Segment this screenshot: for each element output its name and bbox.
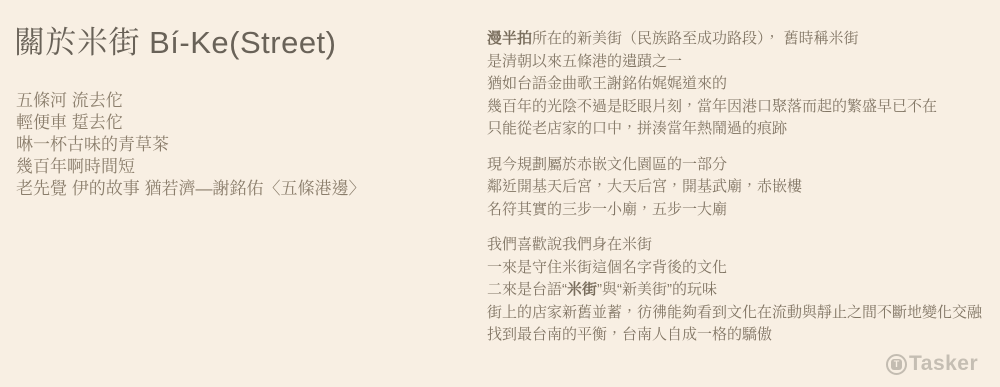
text-segment: 我們喜歡說我們身在米街 (487, 236, 652, 253)
paragraph-line: 街上的店家新舊並蓄，彷彿能夠看到文化在流動與靜止之間不斷地變化交融 (487, 302, 987, 325)
text-segment: ”與“新美街”的玩味 (597, 281, 717, 298)
text-segment: 找到最台南的平衡，台南人自成一格的驕傲 (487, 326, 772, 343)
watermark: T Tasker (886, 352, 978, 376)
paragraph-line: 漫半拍所在的新美街（民族路至成功路段）， 舊時稱米街 (487, 28, 987, 51)
poem-line: 老先覺 伊的故事 猶若濟—謝銘佑〈五條港邊〉 (16, 178, 456, 200)
paragraph-line: 一來是守住米街這個名字背後的文化 (487, 257, 987, 280)
text-segment: 名符其實的三步一小廟，五步一大廟 (487, 201, 727, 218)
left-column: 關於米街 Bí-Ke(Street) (14, 26, 454, 60)
paragraph-line: 我們喜歡說我們身在米街 (487, 234, 987, 257)
paragraph-line: 猶如台語金曲歌王謝銘佑娓娓道來的 (487, 73, 987, 96)
paragraph-line: 找到最台南的平衡，台南人自成一格的驕傲 (487, 324, 987, 347)
page-title: 關於米街 Bí-Ke(Street) (14, 26, 454, 60)
paragraph-line: 幾百年的光陰不過是眨眼片刻，當年因港口聚落而起的繁盛早已不在 (487, 96, 987, 119)
poem-line: 輕便車 踅去佗 (16, 112, 456, 134)
text-segment: 只能從老店家的口中，拼湊當年熱鬧過的痕跡 (487, 120, 787, 137)
paragraph-line: 名符其實的三步一小廟，五步一大廟 (487, 199, 987, 222)
paragraph-line: 二來是台語“米街”與“新美街”的玩味 (487, 279, 987, 302)
text-segment: 二來是台語“ (487, 281, 567, 298)
paragraph: 漫半拍所在的新美街（民族路至成功路段）， 舊時稱米街是清朝以來五條港的遺蹟之一猶… (487, 28, 987, 141)
text-segment: 鄰近開基天后宮，大天后宮，開基武廟，赤嵌樓 (487, 178, 802, 195)
text-segment: 現今規劃屬於赤嵌文化園區的一部分 (487, 156, 727, 173)
text-segment: 是清朝以來五條港的遺蹟之一 (487, 53, 682, 70)
text-segment: 街上的店家新舊並蓄，彷彿能夠看到文化在流動與靜止之間不斷地變化交融 (487, 304, 982, 321)
paragraph-line: 是清朝以來五條港的遺蹟之一 (487, 51, 987, 74)
paragraph-line: 鄰近開基天后宮，大天后宮，開基武廟，赤嵌樓 (487, 176, 987, 199)
text-segment: 猶如台語金曲歌王謝銘佑娓娓道來的 (487, 75, 727, 92)
paragraph: 我們喜歡說我們身在米街一來是守住米街這個名字背後的文化二來是台語“米街”與“新美… (487, 234, 987, 347)
paragraph-line: 只能從老店家的口中，拼湊當年熱鬧過的痕跡 (487, 118, 987, 141)
poem-line: 啉一杯古味的青草茶 (16, 134, 456, 156)
poem-line: 幾百年啊時間短 (16, 156, 456, 178)
text-segment: 一來是守住米街這個名字背後的文化 (487, 259, 727, 276)
poem-line: 五條河 流去佗 (16, 90, 456, 112)
paragraph: 現今規劃屬於赤嵌文化園區的一部分鄰近開基天后宮，大天后宮，開基武廟，赤嵌樓名符其… (487, 154, 987, 222)
watermark-label: Tasker (909, 352, 978, 376)
paragraph-line: 現今規劃屬於赤嵌文化園區的一部分 (487, 154, 987, 177)
tasker-logo-icon: T (886, 354, 907, 375)
tasker-logo-letter: T (891, 359, 902, 370)
text-segment: 幾百年的光陰不過是眨眼片刻，當年因港口聚落而起的繁盛早已不在 (487, 98, 937, 115)
bold-text: 漫半拍 (487, 30, 532, 47)
article: 漫半拍所在的新美街（民族路至成功路段）， 舊時稱米街是清朝以來五條港的遺蹟之一猶… (487, 28, 987, 347)
poem: 五條河 流去佗輕便車 踅去佗啉一杯古味的青草茶幾百年啊時間短老先覺 伊的故事 猶… (16, 90, 456, 200)
text-segment: 所在的新美街（民族路至成功路段）， 舊時稱米街 (532, 30, 859, 47)
page: 關於米街 Bí-Ke(Street) 五條河 流去佗輕便車 踅去佗啉一杯古味的青… (0, 0, 1000, 387)
bold-text: 米街 (567, 281, 597, 298)
